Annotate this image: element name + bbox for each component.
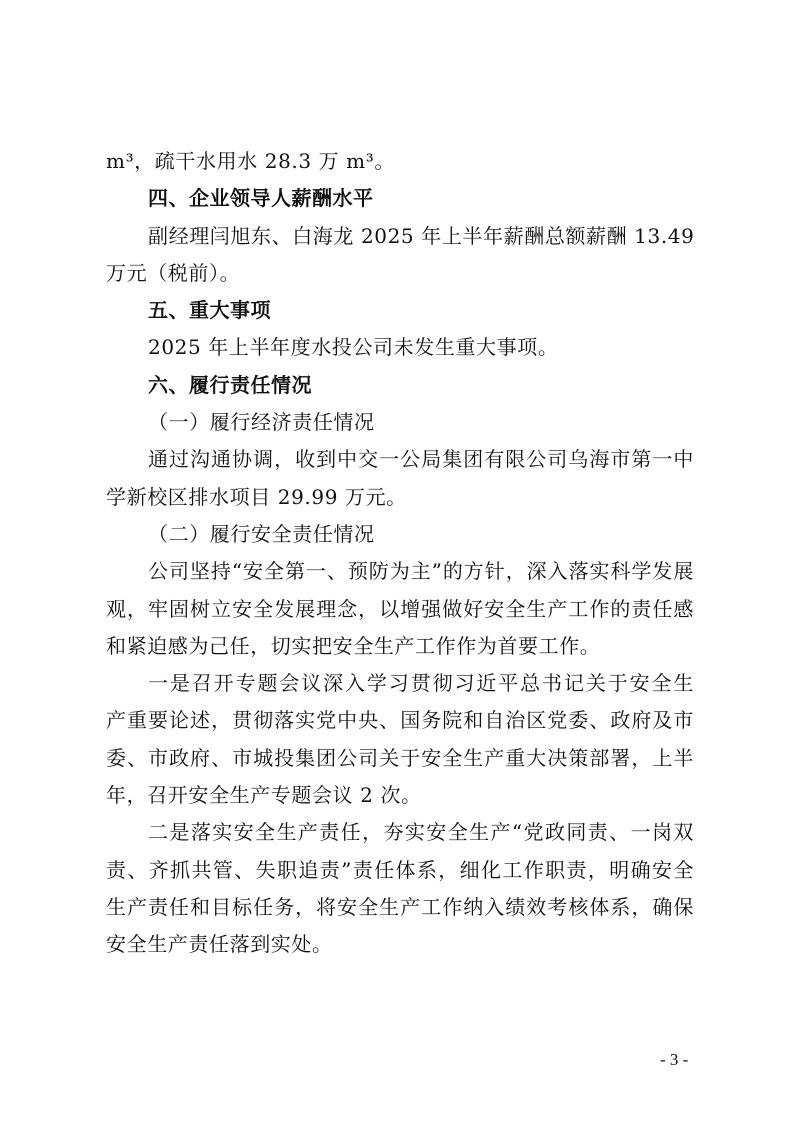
subsection-heading-1: （一）履行经济责任情况	[106, 404, 694, 441]
paragraph-line: 委、市政府、市城投集团公司关于安全生产重大决策部署，上半	[106, 740, 694, 777]
document-page: m³，疏干水用水 28.3 万 m³。 四、企业领导人薪酬水平 副经理闫旭东、白…	[0, 0, 793, 1122]
paragraph-line: 年，召开安全生产专题会议 2 次。	[106, 777, 694, 814]
paragraph-line: 万元（税前）。	[106, 255, 694, 292]
paragraph-line: 学新校区排水项目 29.99 万元。	[106, 479, 694, 516]
paragraph-line: 产重要论述，贯彻落实党中央、国务院和自治区党委、政府及市	[106, 702, 694, 739]
paragraph-line: 生产责任和目标任务，将安全生产工作纳入绩效考核体系，确保	[106, 889, 694, 926]
paragraph-line: 观，牢固树立安全发展理念，以增强做好安全生产工作的责任感	[106, 591, 694, 628]
paragraph-line: 副经理闫旭东、白海龙 2025 年上半年薪酬总额薪酬 13.49	[106, 218, 694, 255]
paragraph-line: 责、齐抓共管、失职追责”责任体系，细化工作职责，明确安全	[106, 852, 694, 889]
section-heading-4: 四、企业领导人薪酬水平	[106, 180, 694, 217]
paragraph-line: 一是召开专题会议深入学习贯彻习近平总书记关于安全生	[106, 665, 694, 702]
section-heading-5: 五、重大事项	[106, 292, 694, 329]
paragraph-line: 通过沟通协调，收到中交一公局集团有限公司乌海市第一中	[106, 441, 694, 478]
paragraph-line: 2025 年上半年度水投公司未发生重大事项。	[106, 329, 694, 366]
paragraph-line: 二是落实安全生产责任，夯实安全生产“党政同责、一岗双	[106, 814, 694, 851]
subsection-heading-2: （二）履行安全责任情况	[106, 516, 694, 553]
paragraph-line: m³，疏干水用水 28.3 万 m³。	[106, 143, 694, 180]
paragraph-line: 公司坚持“安全第一、预防为主”的方针，深入落实科学发展	[106, 553, 694, 590]
document-body: m³，疏干水用水 28.3 万 m³。 四、企业领导人薪酬水平 副经理闫旭东、白…	[106, 143, 694, 964]
paragraph-line: 和紧迫感为己任，切实把安全生产工作作为首要工作。	[106, 628, 694, 665]
section-heading-6: 六、履行责任情况	[106, 367, 694, 404]
page-number: - 3 -	[660, 1050, 688, 1070]
paragraph-line: 安全生产责任落到实处。	[106, 926, 694, 963]
